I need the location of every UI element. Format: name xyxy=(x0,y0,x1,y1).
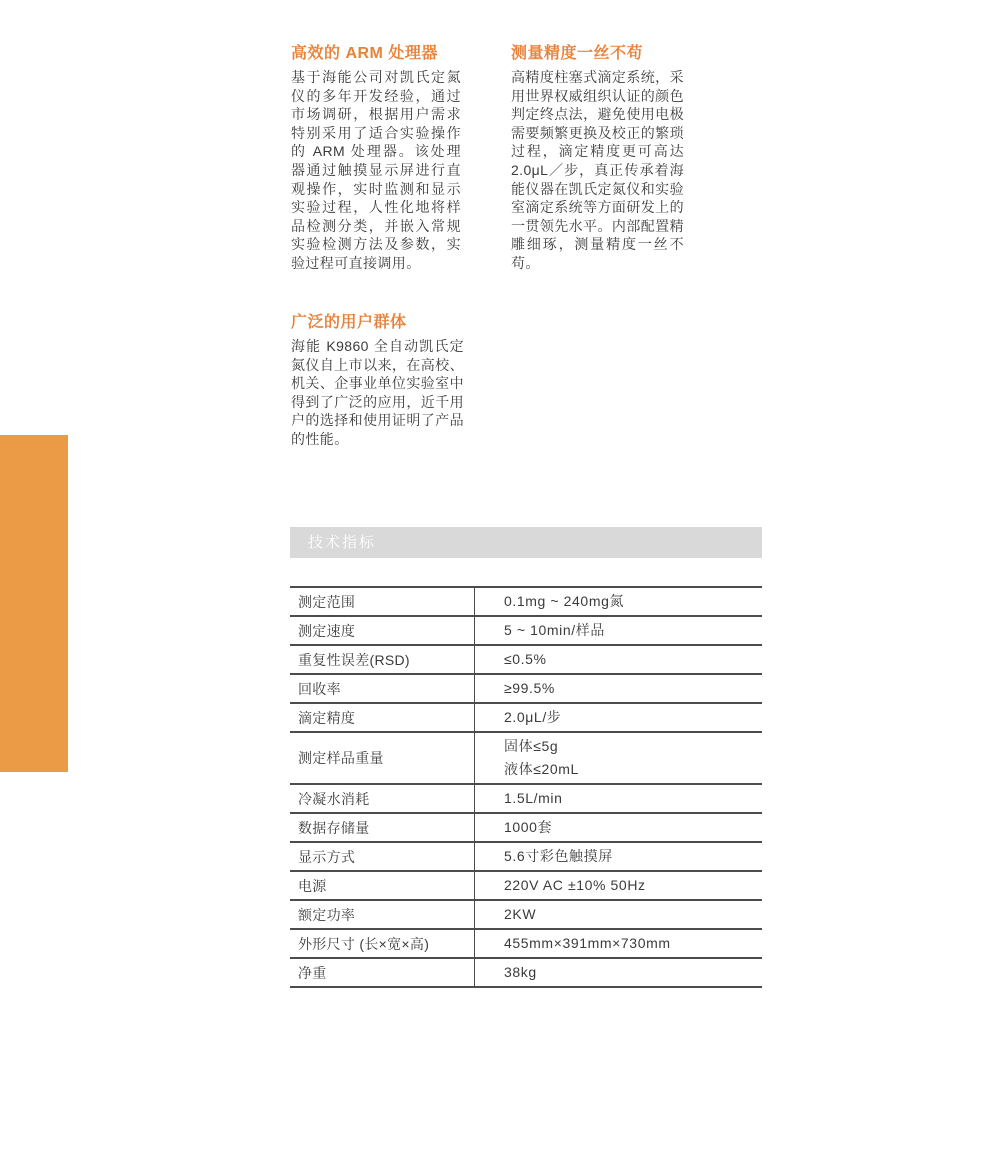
brochure-page: 高效的 ARM 处理器 基于海能公司对凯氏定氮仪的多年开发经验，通过市场调研，根… xyxy=(0,0,990,1149)
spec-label: 测定范围 xyxy=(290,588,475,615)
spec-value: 1000套 xyxy=(475,814,762,841)
spec-label: 冷凝水消耗 xyxy=(290,785,475,812)
spec-value: 5 ~ 10min/样品 xyxy=(475,617,762,644)
section-precision: 测量精度一丝不苟 高精度柱塞式滴定系统，采用世界权威组织认证的颜色判定终点法，避… xyxy=(511,40,684,273)
spec-label: 数据存储量 xyxy=(290,814,475,841)
spec-value: 2KW xyxy=(475,901,762,928)
spec-value: ≥99.5% xyxy=(475,675,762,702)
section-title-users: 广泛的用户群体 xyxy=(291,309,464,332)
spec-row: 滴定精度 2.0μL/步 xyxy=(290,702,762,731)
spec-label: 重复性误差(RSD) xyxy=(290,646,475,673)
spec-row: 净重 38kg xyxy=(290,957,762,986)
spec-value: 2.0μL/步 xyxy=(475,704,762,731)
spec-row: 测定范围 0.1mg ~ 240mg氮 xyxy=(290,586,762,615)
spec-value: 0.1mg ~ 240mg氮 xyxy=(475,588,762,615)
section-body-precision: 高精度柱塞式滴定系统，采用世界权威组织认证的颜色判定终点法，避免使用电极需要频繁… xyxy=(511,68,684,273)
spec-header-title: 技术指标 xyxy=(290,527,762,558)
spec-row: 数据存储量 1000套 xyxy=(290,812,762,841)
spec-label: 电源 xyxy=(290,872,475,899)
spec-row: 重复性误差(RSD) ≤0.5% xyxy=(290,644,762,673)
spec-value: ≤0.5% xyxy=(475,646,762,673)
spec-value: 455mm×391mm×730mm xyxy=(475,930,762,957)
spec-value: 38kg xyxy=(475,959,762,986)
spec-label: 净重 xyxy=(290,959,475,986)
spec-row: 额定功率 2KW xyxy=(290,899,762,928)
spec-row: 测定样品重量 固体≤5g 液体≤20mL xyxy=(290,731,762,783)
spec-label: 滴定精度 xyxy=(290,704,475,731)
section-users: 广泛的用户群体 海能 K9860 全自动凯氏定氮仪自上市以来，在高校、机关、企事… xyxy=(291,309,464,449)
spec-row: 电源 220V AC ±10% 50Hz xyxy=(290,870,762,899)
spec-row: 测定速度 5 ~ 10min/样品 xyxy=(290,615,762,644)
spec-row: 回收率 ≥99.5% xyxy=(290,673,762,702)
spec-header-bar: 技术指标 xyxy=(290,527,762,558)
spec-label: 外形尺寸 (长×宽×高) xyxy=(290,930,475,957)
spec-row: 显示方式 5.6寸彩色触摸屏 xyxy=(290,841,762,870)
spec-value: 固体≤5g 液体≤20mL xyxy=(475,733,762,783)
section-arm-processor: 高效的 ARM 处理器 基于海能公司对凯氏定氮仪的多年开发经验，通过市场调研，根… xyxy=(291,40,461,273)
section-title-arm: 高效的 ARM 处理器 xyxy=(291,40,461,63)
section-body-arm: 基于海能公司对凯氏定氮仪的多年开发经验，通过市场调研，根据用户需求特别采用了适合… xyxy=(291,68,461,273)
spec-row: 外形尺寸 (长×宽×高) 455mm×391mm×730mm xyxy=(290,928,762,957)
spec-table: 测定范围 0.1mg ~ 240mg氮 测定速度 5 ~ 10min/样品 重复… xyxy=(290,586,762,988)
spec-label: 测定速度 xyxy=(290,617,475,644)
spec-label: 额定功率 xyxy=(290,901,475,928)
section-body-users: 海能 K9860 全自动凯氏定氮仪自上市以来，在高校、机关、企事业单位实验室中得… xyxy=(291,337,464,449)
spec-value: 1.5L/min xyxy=(475,785,762,812)
left-accent-bar xyxy=(0,435,68,772)
spec-label: 测定样品重量 xyxy=(290,733,475,783)
spec-value: 220V AC ±10% 50Hz xyxy=(475,872,762,899)
spec-label: 显示方式 xyxy=(290,843,475,870)
section-title-precision: 测量精度一丝不苟 xyxy=(511,40,684,63)
spec-value: 5.6寸彩色触摸屏 xyxy=(475,843,762,870)
spec-row: 冷凝水消耗 1.5L/min xyxy=(290,783,762,812)
spec-label: 回收率 xyxy=(290,675,475,702)
